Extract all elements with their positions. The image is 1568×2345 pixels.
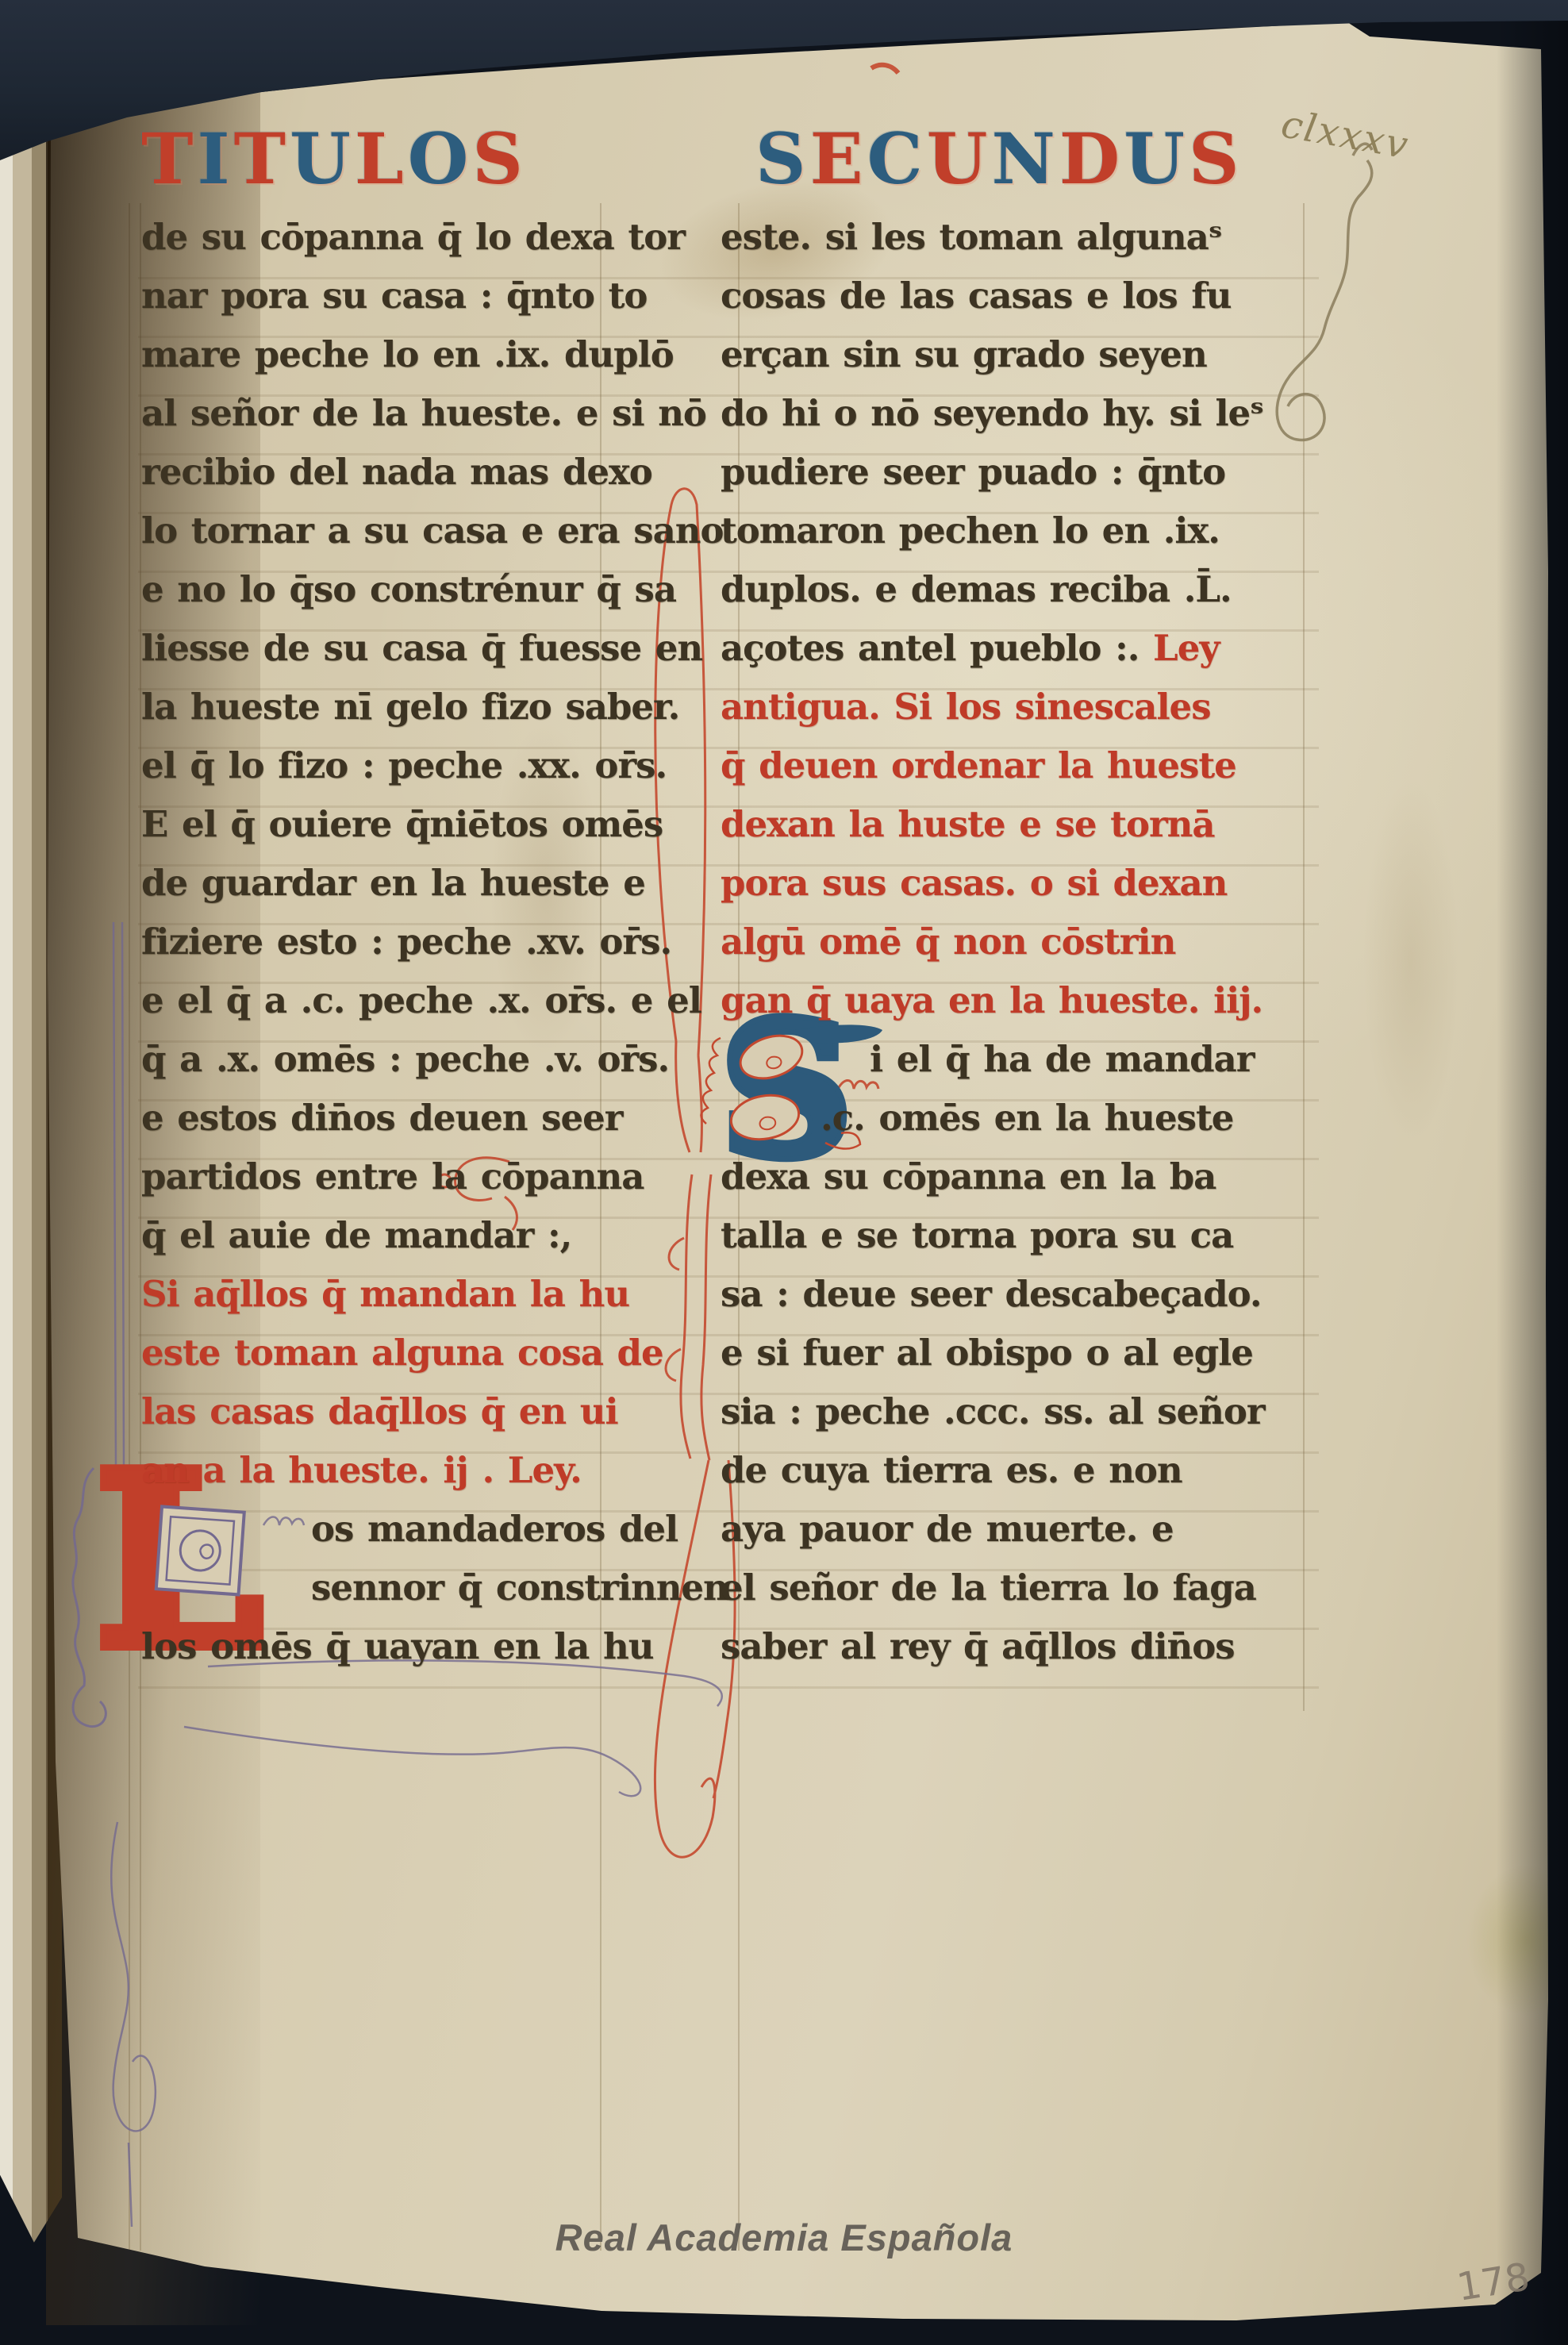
text-segment: talla e se torna pora su ca (721, 1214, 1233, 1256)
text-segment: duplos. e demas reciba .L̄. (721, 568, 1232, 610)
text-line: el señor de la tierra lo faga (721, 1559, 1308, 1617)
text-line: pudiere seer puado : q̄nto (721, 443, 1308, 502)
text-line: do hi o nō seyendo hy. si leˢ (721, 384, 1308, 443)
text-segment: Si aq̄llos q̄ mandan la hu (141, 1273, 629, 1315)
text-segment: las casas daq̄llos q̄ en ui (141, 1390, 618, 1432)
text-segment: liesse de su casa q̄ fuesse en (141, 627, 702, 669)
text-segment: de su cōpanna q̄ lo dexa tor (141, 216, 685, 258)
text-segment: sennor q̄ constrinnen (311, 1567, 728, 1609)
title-letter: U (290, 119, 351, 198)
text-segment: e estos din̄os deuen seer (141, 1097, 623, 1139)
text-column-right: este. si les toman algunaˢcosas de las c… (721, 208, 1308, 1676)
text-segment: .c. omēs en la hueste (821, 1097, 1233, 1139)
text-segment: el señor de la tierra lo faga (721, 1567, 1256, 1609)
text-line: fiziere esto : peche .xv. or̄s. (141, 913, 713, 971)
text-line: açotes antel pueblo :. Ley (721, 619, 1308, 678)
text-line: lo tornar a su casa e era sano (141, 502, 713, 560)
text-line: Si aq̄llos q̄ mandan la hu (141, 1265, 713, 1324)
text-segment: e el q̄ a .c. peche .x. or̄s. e el (141, 979, 701, 1021)
text-line: e no lo q̄so constrénur q̄ sa (141, 560, 713, 619)
text-segment: de cuya tierra es. e non (721, 1449, 1182, 1491)
text-line: de su cōpanna q̄ lo dexa tor (141, 208, 713, 267)
title-letter: T (234, 119, 286, 198)
text-line: an a la hueste. ij . Ley. (141, 1441, 713, 1500)
text-line: dexa su cōpanna en la ba (721, 1148, 1308, 1206)
text-line: cosas de las casas e los fu (721, 267, 1308, 325)
text-line: dexan la huste e se tornā (721, 795, 1308, 854)
text-segment: este. si les toman algunaˢ (721, 216, 1222, 258)
title-letter: O (408, 119, 469, 198)
page-edge-shadow (1497, 0, 1568, 2345)
text-segment: el q̄ lo fizo : peche .xx. or̄s. (141, 744, 667, 786)
text-line: liesse de su casa q̄ fuesse en (141, 619, 713, 678)
text-line: e estos din̄os deuen seer (141, 1089, 713, 1148)
text-line: erçan sin su grado seyen (721, 325, 1308, 384)
text-line: sennor q̄ constrinnen (311, 1559, 713, 1617)
text-segment: e si fuer al obispo o al egle (721, 1332, 1253, 1374)
text-line: al señor de la hueste. e si nō (141, 384, 713, 443)
text-column-left: de su cōpanna q̄ lo dexa tornar pora su … (141, 208, 713, 1676)
text-segment: de guardar en la hueste e (141, 862, 645, 904)
text-line: tomaron pechen lo en .ix. (721, 502, 1308, 560)
text-line: la hueste nī gelo fizo saber. (141, 678, 713, 736)
text-line: mare peche lo en .ix. duplō (141, 325, 713, 384)
text-line: q̄ a .x. omēs : peche .v. or̄s. (141, 1030, 713, 1089)
title-secundus: SECUNDUS (755, 119, 1239, 198)
parchment-stain (1363, 778, 1458, 1143)
text-line: E el q̄ ouiere q̄niētos omēs (141, 795, 713, 854)
text-line: de guardar en la hueste e (141, 854, 713, 913)
text-segment: mare peche lo en .ix. duplō (141, 333, 674, 375)
text-segment: sia : peche .ccc. ss. al señor (721, 1390, 1265, 1432)
text-line: este. si les toman algunaˢ (721, 208, 1308, 267)
library-watermark: Real Academia Española (555, 2216, 1013, 2259)
text-line: antigua. Si los sinescales (721, 678, 1308, 736)
text-line: q̄ el auie de mandar :, (141, 1206, 713, 1265)
title-letter: L (355, 119, 404, 198)
text-segment: cosas de las casas e los fu (721, 275, 1231, 317)
text-segment: aya pauor de muerte. e (721, 1508, 1174, 1550)
title-letter: C (867, 119, 923, 198)
text-line: e si fuer al obispo o al egle (721, 1324, 1308, 1382)
text-segment: q̄ a .x. omēs : peche .v. or̄s. (141, 1038, 669, 1080)
text-segment: fiziere esto : peche .xv. or̄s. (141, 921, 671, 963)
text-segment: la hueste nī gelo fizo saber. (141, 686, 679, 728)
text-segment: al señor de la hueste. e si nō (141, 392, 706, 434)
text-segment: dexan la huste e se tornā (721, 803, 1215, 845)
text-line: q̄ deuen ordenar la hueste (721, 736, 1308, 795)
text-segment: saber al rey q̄ aq̄llos din̄os (721, 1625, 1235, 1667)
title-letter: S (755, 119, 806, 198)
text-segment: los omēs q̄ uayan en la hu (141, 1625, 653, 1667)
text-line: pora sus casas. o si dexan (721, 854, 1308, 913)
text-line: recibio del nada mas dexo (141, 443, 713, 502)
text-line: algū omē q̄ non cōstrin (721, 913, 1308, 971)
title-letter: S (472, 119, 523, 198)
text-segment: q̄ el auie de mandar :, (141, 1214, 571, 1256)
text-segment: antigua. Si los sinescales (721, 686, 1211, 728)
text-segment: Ley (1153, 627, 1219, 669)
text-segment: recibio del nada mas dexo (141, 451, 652, 493)
text-line: e el q̄ a .c. peche .x. or̄s. e el (141, 971, 713, 1030)
text-line: .c. omēs en la hueste (821, 1089, 1308, 1148)
text-segment: gan q̄ uaya en la hueste. iij. (721, 979, 1262, 1021)
text-segment: pora sus casas. o si dexan (721, 862, 1227, 904)
text-segment: lo tornar a su casa e era sano (141, 509, 723, 552)
title-titulos: TITULOS (141, 119, 523, 198)
title-letter: S (1189, 119, 1239, 198)
text-line: duplos. e demas reciba .L̄. (721, 560, 1308, 619)
text-line: partidos entre la cōpanna (141, 1148, 713, 1206)
title-letter: U (927, 119, 988, 198)
text-line: nar pora su casa : q̄nto to (141, 267, 713, 325)
text-line: gan q̄ uaya en la hueste. iij. (721, 971, 1308, 1030)
text-line: el q̄ lo fizo : peche .xx. or̄s. (141, 736, 713, 795)
text-segment: do hi o nō seyendo hy. si leˢ (721, 392, 1263, 434)
title-letter: E (810, 119, 863, 198)
text-segment: i el q̄ ha de mandar (870, 1038, 1254, 1080)
text-line: los omēs q̄ uayan en la hu (141, 1617, 713, 1676)
text-segment: sa : deue seer descabeçado. (721, 1273, 1262, 1315)
text-segment: algū omē q̄ non cōstrin (721, 921, 1175, 963)
text-line: aya pauor de muerte. e (721, 1500, 1308, 1559)
text-segment: nar pora su casa : q̄nto to (141, 275, 647, 317)
title-letter: T (141, 119, 193, 198)
title-letter: D (1059, 119, 1120, 198)
text-segment: an a la hueste. ij . Ley. (141, 1449, 582, 1491)
text-segment: este toman alguna cosa de (141, 1332, 663, 1374)
text-segment: E el q̄ ouiere q̄niētos omēs (141, 803, 663, 845)
text-line: os mandaderos del (311, 1500, 713, 1559)
title-letter: I (197, 119, 229, 198)
text-line: este toman alguna cosa de (141, 1324, 713, 1382)
text-line: sia : peche .ccc. ss. al señor (721, 1382, 1308, 1441)
text-line: de cuya tierra es. e non (721, 1441, 1308, 1500)
text-segment: q̄ deuen ordenar la hueste (721, 744, 1236, 786)
text-line: i el q̄ ha de mandar (870, 1030, 1308, 1089)
text-line: saber al rey q̄ aq̄llos din̄os (721, 1617, 1308, 1676)
title-letter: N (991, 119, 1055, 198)
text-segment: os mandaderos del (311, 1508, 678, 1550)
text-segment: pudiere seer puado : q̄nto (721, 451, 1225, 493)
text-segment: erçan sin su grado seyen (721, 333, 1207, 375)
text-segment: tomaron pechen lo en .ix. (721, 509, 1220, 552)
text-line: las casas daq̄llos q̄ en ui (141, 1382, 713, 1441)
text-line: sa : deue seer descabeçado. (721, 1265, 1308, 1324)
text-segment: açotes antel pueblo :. (721, 627, 1153, 669)
text-line: talla e se torna pora su ca (721, 1206, 1308, 1265)
text-segment: partidos entre la cōpanna (141, 1155, 644, 1197)
text-segment: e no lo q̄so constrénur q̄ sa (141, 568, 676, 610)
text-segment: dexa su cōpanna en la ba (721, 1155, 1216, 1197)
manuscript-photo: L S TITULOS SECUNDUS clxxxv de su cōpann… (0, 0, 1568, 2345)
title-letter: U (1124, 119, 1185, 198)
